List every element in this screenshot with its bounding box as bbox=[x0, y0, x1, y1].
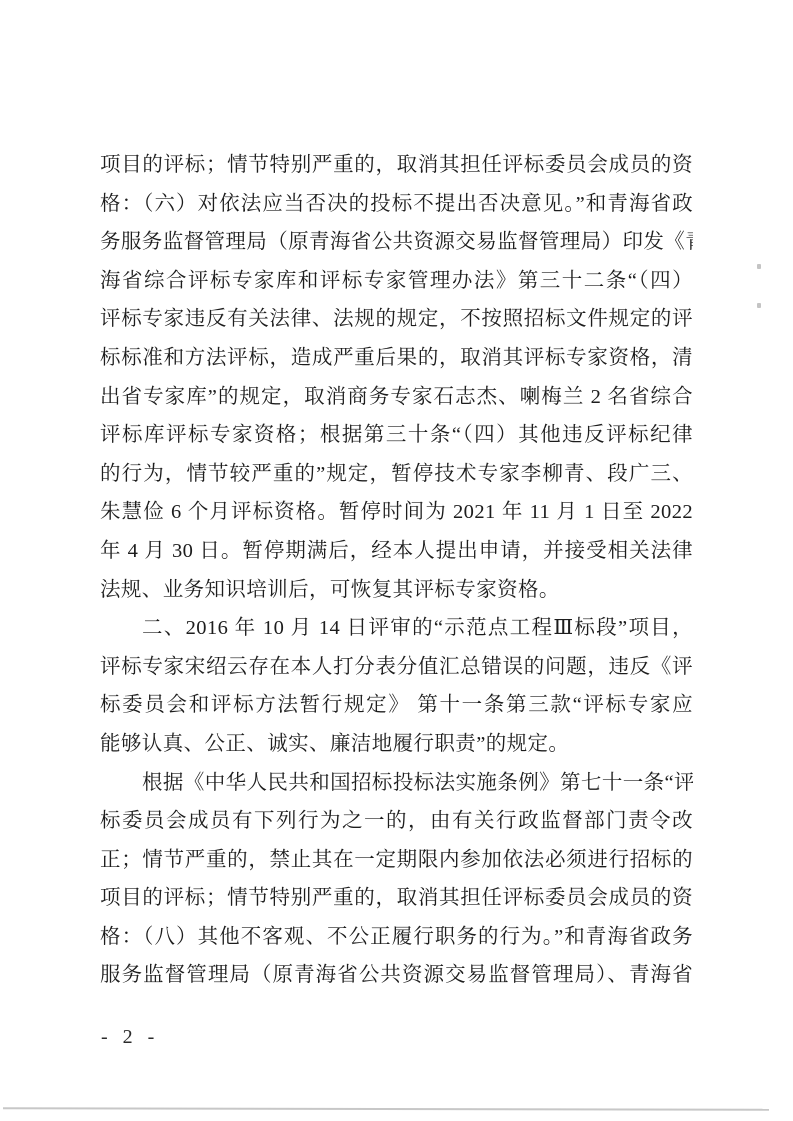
text-line: 二、2016 年 10 月 14 日评审的“示范点工程Ⅲ标段”项目， bbox=[100, 609, 693, 648]
text-line: 项目的评标；情节特别严重的，取消其担任评标委员会成员的资 bbox=[100, 879, 693, 918]
text-line: 海省综合评标专家库和评标专家管理办法》第三十二条“（四） bbox=[100, 262, 693, 301]
document-body-text: 项目的评标；情节特别严重的，取消其担任评标委员会成员的资 格：（六）对依法应当否… bbox=[100, 146, 693, 995]
document-page: 项目的评标；情节特别严重的，取消其担任评标委员会成员的资 格：（六）对依法应当否… bbox=[0, 0, 793, 1121]
text-line: 评标库评标专家资格；根据第三十条“（四）其他违反评标纪律 bbox=[100, 416, 693, 455]
text-line: 的行为，情节较严重的”规定，暂停技术专家李柳青、段广三、 bbox=[100, 455, 693, 494]
text-line: 格：（八）其他不客观、不公正履行职务的行为。”和青海省政务 bbox=[100, 918, 693, 957]
text-line: 年 4 月 30 日。暂停期满后，经本人提出申请，并接受相关法律 bbox=[100, 532, 693, 571]
text-line: 标委员会成员有下列行为之一的，由有关行政监督部门责令改 bbox=[100, 802, 693, 841]
text-line: 评标专家违反有关法律、法规的规定，不按照招标文件规定的评 bbox=[100, 300, 693, 339]
text-line: 正；情节严重的，禁止其在一定期限内参加依法必须进行招标的 bbox=[100, 841, 693, 880]
page-number: - 2 - bbox=[101, 1026, 159, 1049]
text-line: 标委员会和评标方法暂行规定》 第十一条第三款“评标专家应 bbox=[100, 686, 693, 725]
scan-artifact-speck bbox=[757, 264, 761, 269]
text-line: 能够认真、公正、诚实、廉洁地履行职责”的规定。 bbox=[100, 725, 693, 764]
text-line: 法规、业务知识培训后，可恢复其评标专家资格。 bbox=[100, 571, 693, 610]
text-line: 朱慧俭 6 个月评标资格。暂停时间为 2021 年 11 月 1 日至 2022 bbox=[100, 493, 693, 532]
text-line: 项目的评标；情节特别严重的，取消其担任评标委员会成员的资 bbox=[100, 146, 693, 185]
text-line: 务服务监督管理局（原青海省公共资源交易监督管理局）印发《青 bbox=[100, 223, 693, 262]
text-line: 根据《中华人民共和国招标投标法实施条例》第七十一条“评 bbox=[100, 764, 693, 803]
text-line: 标标准和方法评标，造成严重后果的，取消其评标专家资格，清 bbox=[100, 339, 693, 378]
text-line: 出省专家库”的规定，取消商务专家石志杰、喇梅兰 2 名省综合 bbox=[100, 378, 693, 417]
text-line: 格：（六）对依法应当否决的投标不提出否决意见。”和青海省政 bbox=[100, 185, 693, 224]
scan-artifact-speck bbox=[757, 303, 761, 308]
text-line: 服务监督管理局（原青海省公共资源交易监督管理局）、青海省 bbox=[100, 956, 693, 995]
text-line: 评标专家宋绍云存在本人打分表分值汇总错误的问题，违反《评 bbox=[100, 648, 693, 687]
scan-page-edge-shadow bbox=[3, 1107, 769, 1111]
